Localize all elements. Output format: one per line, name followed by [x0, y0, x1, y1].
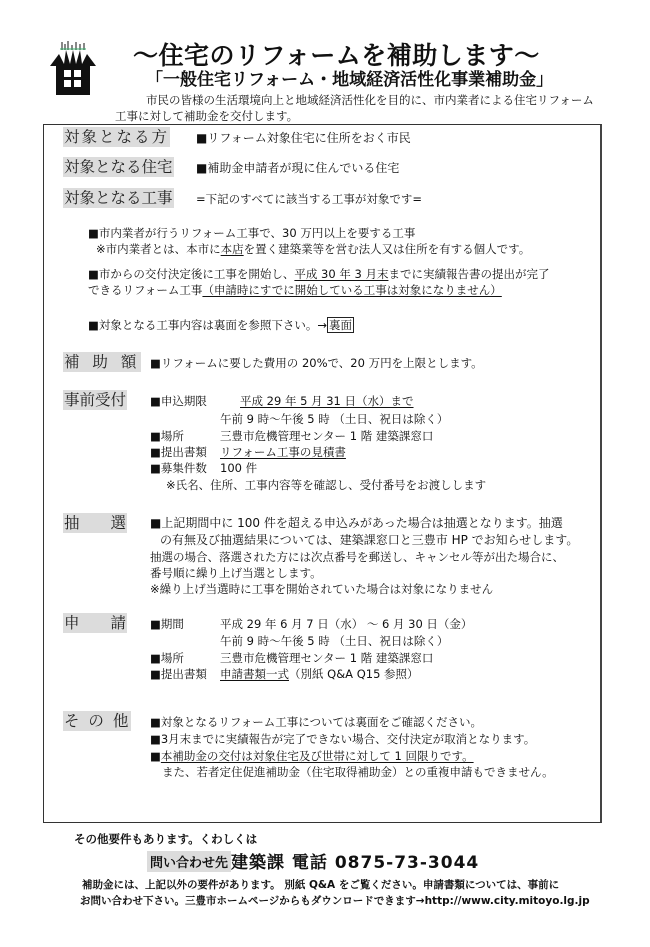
other-line4: また、若者定住促進補助金（住宅取得補助金）との重複申請もできません。 [162, 765, 554, 780]
pre-place-label: ■場所 [150, 429, 184, 444]
label-pre-reception: 事前受付 [63, 390, 127, 410]
label-target-work: 対象となる工事 [63, 188, 174, 208]
app-hours: 午前 9 時〜午後 5 時 （土日、祝日は除く） [220, 634, 448, 649]
target-work-text: =下記のすべてに該当する工事が対象です= [196, 192, 422, 207]
app-docs: 申請書類一式（別紙 Q&A Q15 参照） [220, 667, 419, 682]
pre-docs-label: ■提出書類 [150, 445, 207, 460]
pre-count-label: ■募集件数 [150, 461, 207, 476]
target-person-text: ■リフォーム対象住宅に住所をおく市民 [196, 131, 411, 146]
lottery-line4: 番号順に繰り上げ当選とします。 [150, 566, 322, 581]
app-period-label: ■期間 [150, 617, 184, 632]
footer-note: その他要件もあります。くわしくは [74, 831, 257, 847]
lottery-line3: 抽選の場合、落選された方には次点番号を郵送し、キャンセル等が出た場合に、 [150, 550, 564, 565]
back-side-reference: 裏面 [327, 317, 354, 333]
target-work-item1-note: ※市内業者とは、本市に本店を置く建築業等を営む法人又は住所を有する個人です。 [96, 242, 530, 257]
app-period-value: 平成 29 年 6 月 7 日（水） 〜 6 月 30 日（金） [220, 617, 472, 632]
label-application: 申 請 [63, 613, 127, 633]
other-line2: ■3月末までに実績報告が完了できない場合、交付決定が取消となります。 [150, 732, 535, 747]
page-subtitle: 「一般住宅リフォーム・地域経済活性化事業補助金」 [146, 65, 553, 90]
target-work-item2: ■市からの交付決定後に工事を開始し、平成 30 年 3 月末までに実績報告書の提… [88, 267, 549, 282]
label-target-house: 対象となる住宅 [63, 157, 174, 177]
app-docs-label: ■提出書類 [150, 667, 207, 682]
pre-deadline-value: 平成 29 年 5 月 31 日（水）まで [240, 394, 414, 409]
target-work-item3: ■対象となる工事内容は裏面を参照下さい。→裏面 [88, 318, 354, 333]
lottery-line5: ※繰り上げ当選時に工事を開始されていた場合は対象になりません [150, 582, 493, 597]
subsidy-text: ■リフォームに要した費用の 20%で、20 万円を上限とします。 [150, 356, 483, 371]
label-lottery: 抽 選 [63, 513, 127, 533]
footer-line2: お問い合わせ下さい。三豊市ホームページからもダウンロードできます→http://… [80, 893, 590, 908]
footer-line1: 補助金には、上記以外の要件があります。 別紙 Q&A をご覧ください。申請書類に… [82, 877, 559, 892]
pre-deadline-label: ■申込期限 [150, 394, 207, 409]
house-icon [50, 40, 96, 95]
label-other: そ の 他 [63, 711, 131, 731]
pre-docs-value: リフォーム工事の見積書 [220, 445, 346, 460]
label-subsidy: 補 助 額 [63, 352, 141, 372]
app-place-value: 三豊市危機管理センター 1 階 建築課窓口 [220, 651, 433, 666]
intro-text-line2: 工事に対して補助金を交付します。 [115, 108, 298, 124]
pre-hours: 午前 9 時〜午後 5 時 （土日、祝日は除く） [220, 412, 448, 427]
target-work-item2-line2: できるリフォーム工事（申請時にすでに開始している工事は対象になりません） [88, 283, 502, 298]
other-line3: ■本補助金の交付は対象住宅及び世帯に対して 1 回限りです。 [150, 749, 474, 764]
pre-note: ※氏名、住所、工事内容等を確認し、受付番号をお渡しします [166, 478, 486, 493]
target-house-text: ■補助金申請者が現に住んでいる住宅 [196, 161, 399, 176]
app-place-label: ■場所 [150, 651, 184, 666]
target-work-item1: ■市内業者が行うリフォーム工事で、30 万円以上を要する工事 [88, 226, 415, 241]
intro-text-line1: 市民の皆様の生活環境向上と地域経済活性化を目的に、市内業者による住宅リフォーム [146, 92, 594, 108]
pre-place-value: 三豊市危機管理センター 1 階 建築課窓口 [220, 429, 433, 444]
contact-phone: 建築課 電話 0875-73-3044 [231, 848, 479, 873]
contact-label: 問い合わせ先 [147, 851, 231, 872]
label-target-person: 対象となる方 [63, 127, 170, 147]
lottery-line2: の有無及び抽選結果については、建築課窓口と三豊市 HP でお知らせします。 [160, 533, 578, 548]
pre-count-value: 100 件 [220, 461, 257, 476]
other-line1: ■対象となるリフォーム工事については裏面をご確認ください。 [150, 715, 482, 730]
lottery-line1: ■上記期間中に 100 件を超える申込みがあった場合は抽選となります。抽選 [150, 516, 563, 531]
